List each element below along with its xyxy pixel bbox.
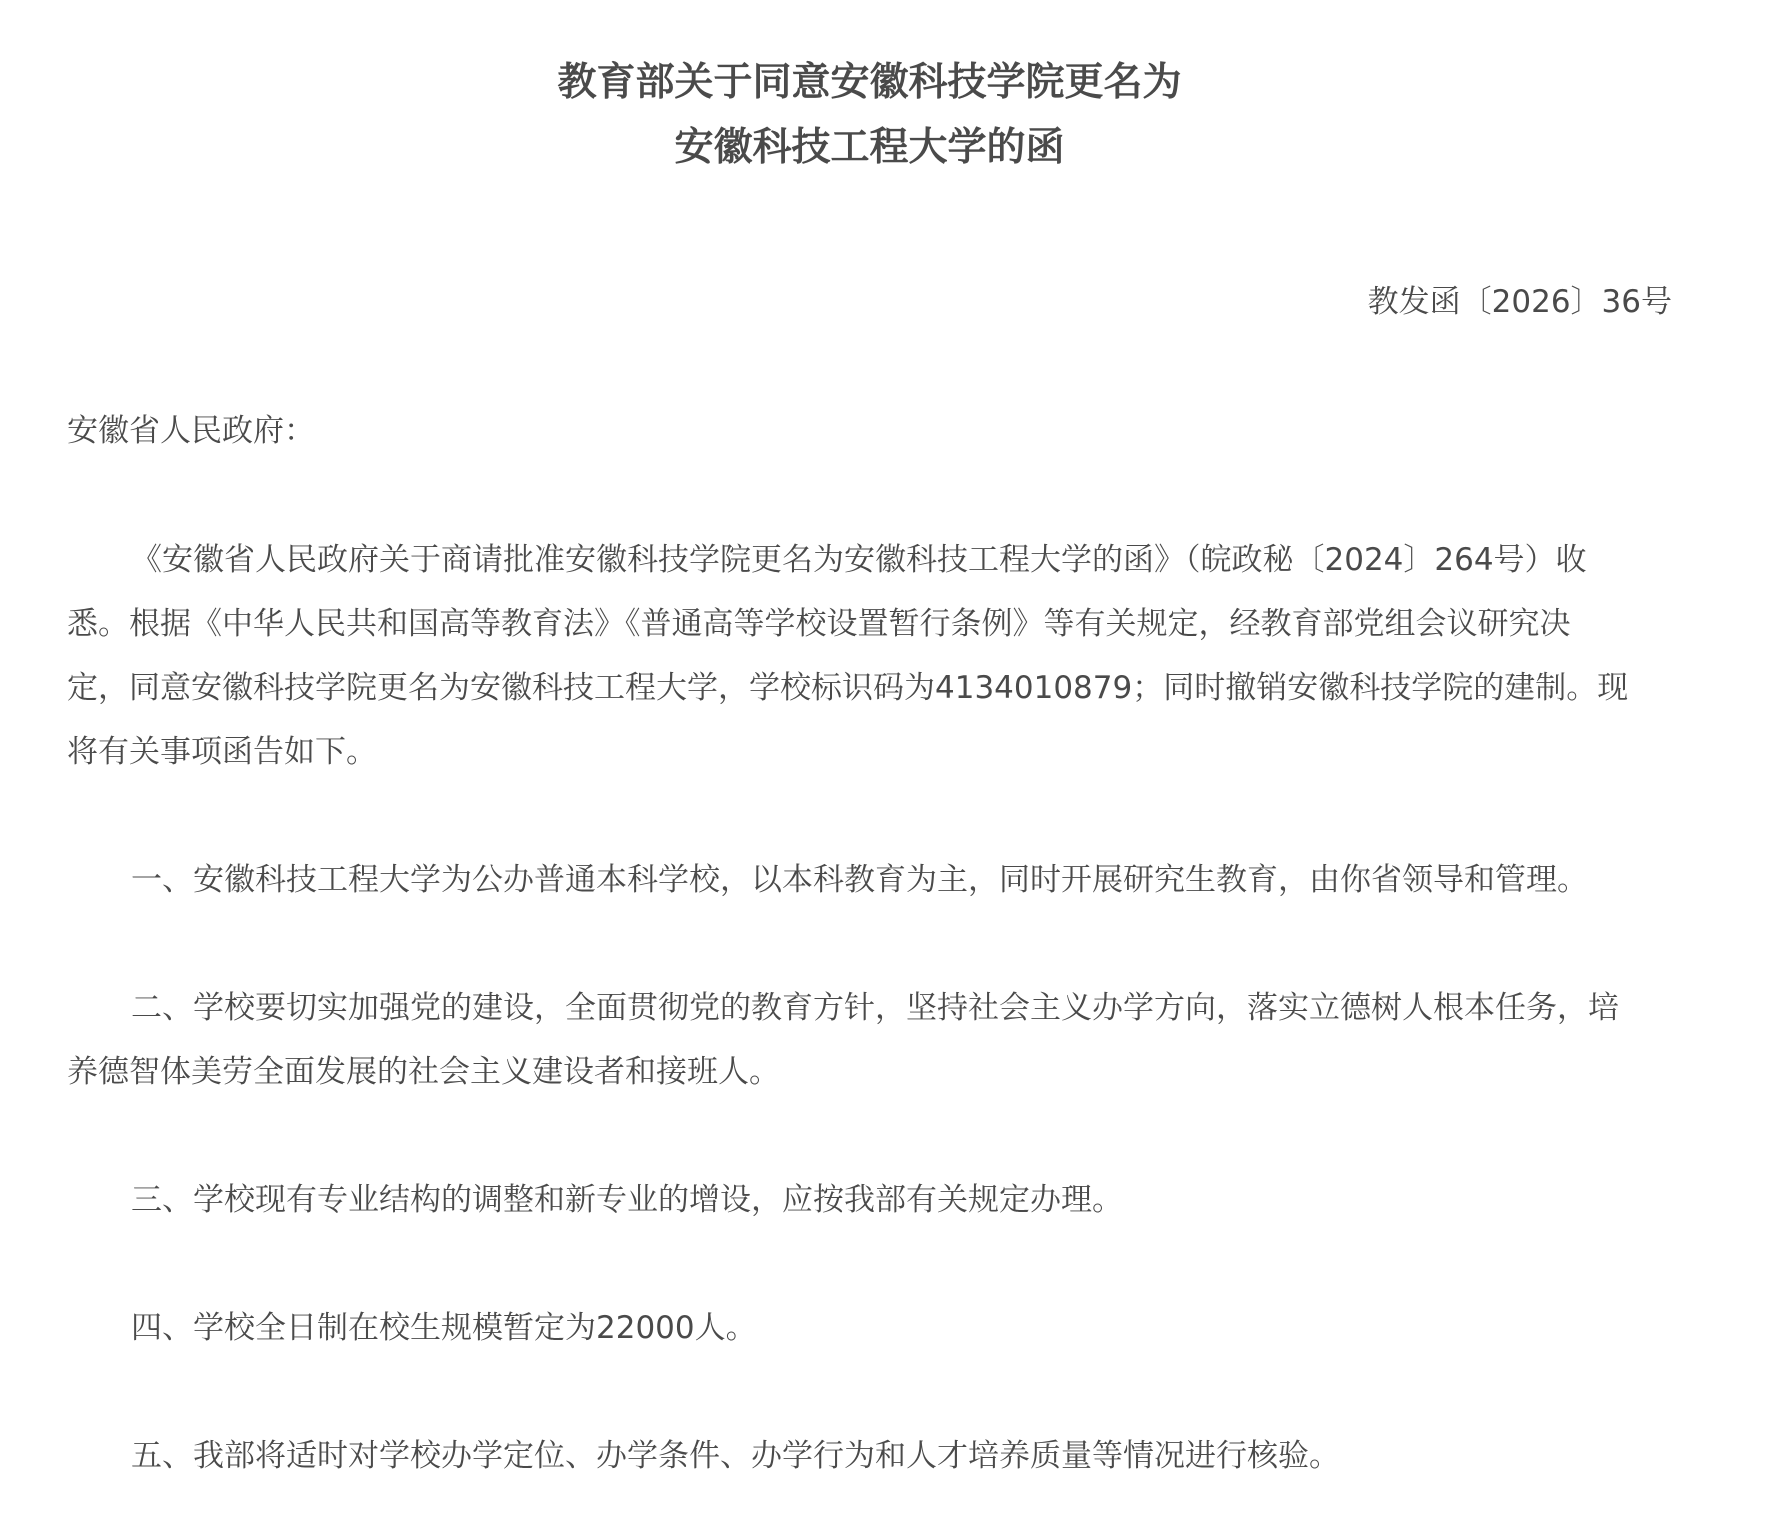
- paragraph-item-1: 一、安徽科技工程大学为公办普通本科学校，以本科教育为主，同时开展研究生教育，由你…: [67, 848, 1672, 912]
- salutation: 安徽省人民政府：: [67, 399, 315, 463]
- paragraph-line: 《安徽省人民政府关于商请批准安徽科技学院更名为安徽科技工程大学的函》（皖政秘〔2…: [67, 528, 1672, 592]
- paragraph-line: 一、安徽科技工程大学为公办普通本科学校，以本科教育为主，同时开展研究生教育，由你…: [67, 848, 1672, 912]
- paragraph-line: 定，同意安徽科技学院更名为安徽科技工程大学，学校标识码为4134010879；同…: [67, 656, 1672, 720]
- document-title: 教育部关于同意安徽科技学院更名为 安徽科技工程大学的函: [67, 50, 1672, 180]
- paragraph-line: 二、学校要切实加强党的建设，全面贯彻党的教育方针，坚持社会主义办学方向，落实立德…: [67, 976, 1672, 1040]
- paragraph-item-5: 五、我部将适时对学校办学定位、办学条件、办学行为和人才培养质量等情况进行核验。: [67, 1424, 1672, 1488]
- paragraph-line: 悉。根据《中华人民共和国高等教育法》《普通高等学校设置暂行条例》等有关规定，经教…: [67, 592, 1672, 656]
- title-line-1: 教育部关于同意安徽科技学院更名为: [67, 50, 1672, 115]
- title-line-2: 安徽科技工程大学的函: [67, 115, 1672, 180]
- paragraph-line: 五、我部将适时对学校办学定位、办学条件、办学行为和人才培养质量等情况进行核验。: [67, 1424, 1672, 1488]
- paragraph-item-2: 二、学校要切实加强党的建设，全面贯彻党的教育方针，坚持社会主义办学方向，落实立德…: [67, 976, 1672, 1104]
- paragraph-item-3: 三、学校现有专业结构的调整和新专业的增设，应按我部有关规定办理。: [67, 1168, 1672, 1232]
- paragraph-line: 四、学校全日制在校生规模暂定为22000人。: [67, 1296, 1672, 1360]
- document-number: 教发函〔2026〕36号: [1368, 270, 1672, 334]
- paragraph-preamble: 《安徽省人民政府关于商请批准安徽科技学院更名为安徽科技工程大学的函》（皖政秘〔2…: [67, 528, 1672, 784]
- paragraph-line: 养德智体美劳全面发展的社会主义建设者和接班人。: [67, 1040, 1672, 1104]
- paragraph-line: 将有关事项函告如下。: [67, 720, 1672, 784]
- paragraph-line: 三、学校现有专业结构的调整和新专业的增设，应按我部有关规定办理。: [67, 1168, 1672, 1232]
- paragraph-item-4: 四、学校全日制在校生规模暂定为22000人。: [67, 1296, 1672, 1360]
